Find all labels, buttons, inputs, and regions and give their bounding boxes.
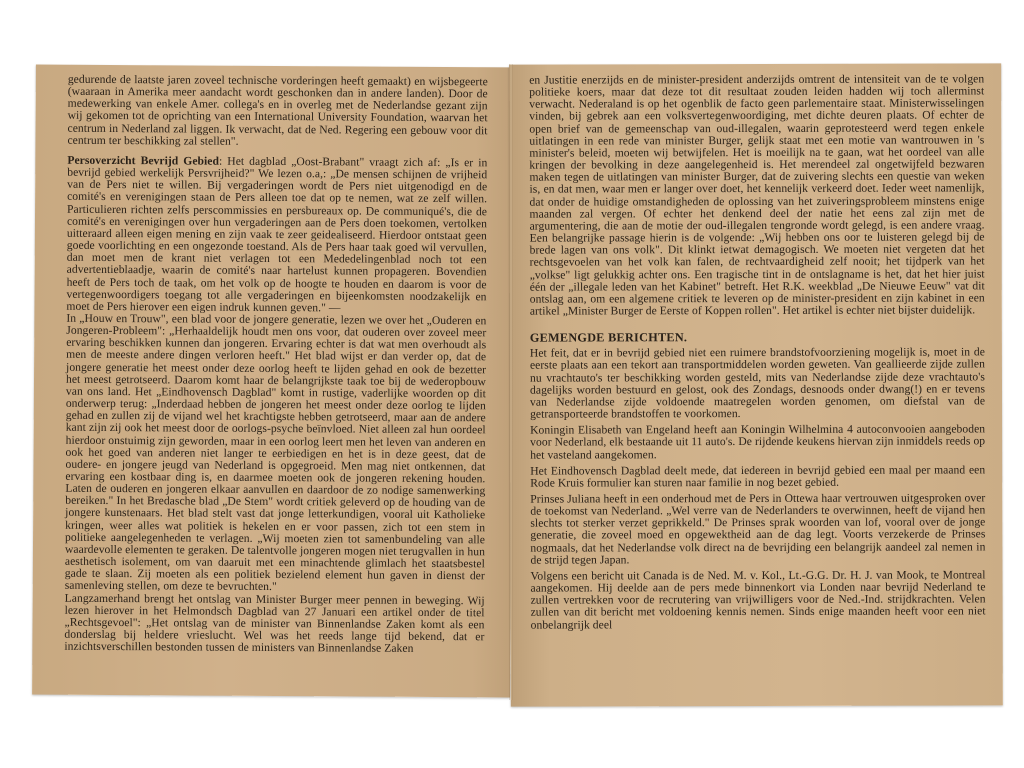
paragraph-van-mook: Volgens een bericht uit Canada is de Ned… bbox=[530, 569, 985, 631]
section-heading-gemengde-berichten: GEMENGDE BERICHTEN. bbox=[530, 331, 985, 344]
paragraph-brandstof: Het feit, dat er in bevrijd gebied niet … bbox=[530, 347, 985, 421]
left-page: gedurende de laatste jaren zoveel techni… bbox=[32, 65, 514, 698]
paragraph-koningin-elisabeth: Koningin Elisabeth van Engeland heeft aa… bbox=[530, 424, 985, 462]
right-page-text: en Justitie enerzijds en de minister-pre… bbox=[529, 73, 985, 631]
left-page-text: gedurende de laatste jaren zoveel techni… bbox=[64, 74, 488, 656]
paragraph-justitie: en Justitie enerzijds en de minister-pre… bbox=[529, 73, 985, 317]
paragraph-minister-burger: Langzamerhand brengt het ontslag van Min… bbox=[64, 592, 484, 655]
pamphlet-spread: gedurende de laatste jaren zoveel techni… bbox=[0, 0, 1024, 768]
paragraph-prinses-juliana: Prinses Juliana heeft in een onderhoud m… bbox=[530, 492, 985, 566]
paragraph-university-foundation: gedurende de laatste jaren zoveel techni… bbox=[67, 74, 487, 150]
paragraph-eindhovensch-dagblad: Het Eindhovensch Dagblad deelt mede, dat… bbox=[530, 464, 985, 490]
paragraph-body-persoverzicht: : Het dagblad „Oost-Brabant" vraagt zich… bbox=[66, 155, 487, 315]
paragraph-persoverzicht: Persoverzicht Bevrijd Gebied: Het dagbla… bbox=[66, 155, 487, 316]
right-page: en Justitie enerzijds en de minister-pre… bbox=[509, 63, 1003, 706]
paragraph-houw-en-trouw: In „Houw en Trouw", een blad voor de jon… bbox=[65, 313, 487, 595]
page-fold-spine bbox=[509, 64, 513, 700]
